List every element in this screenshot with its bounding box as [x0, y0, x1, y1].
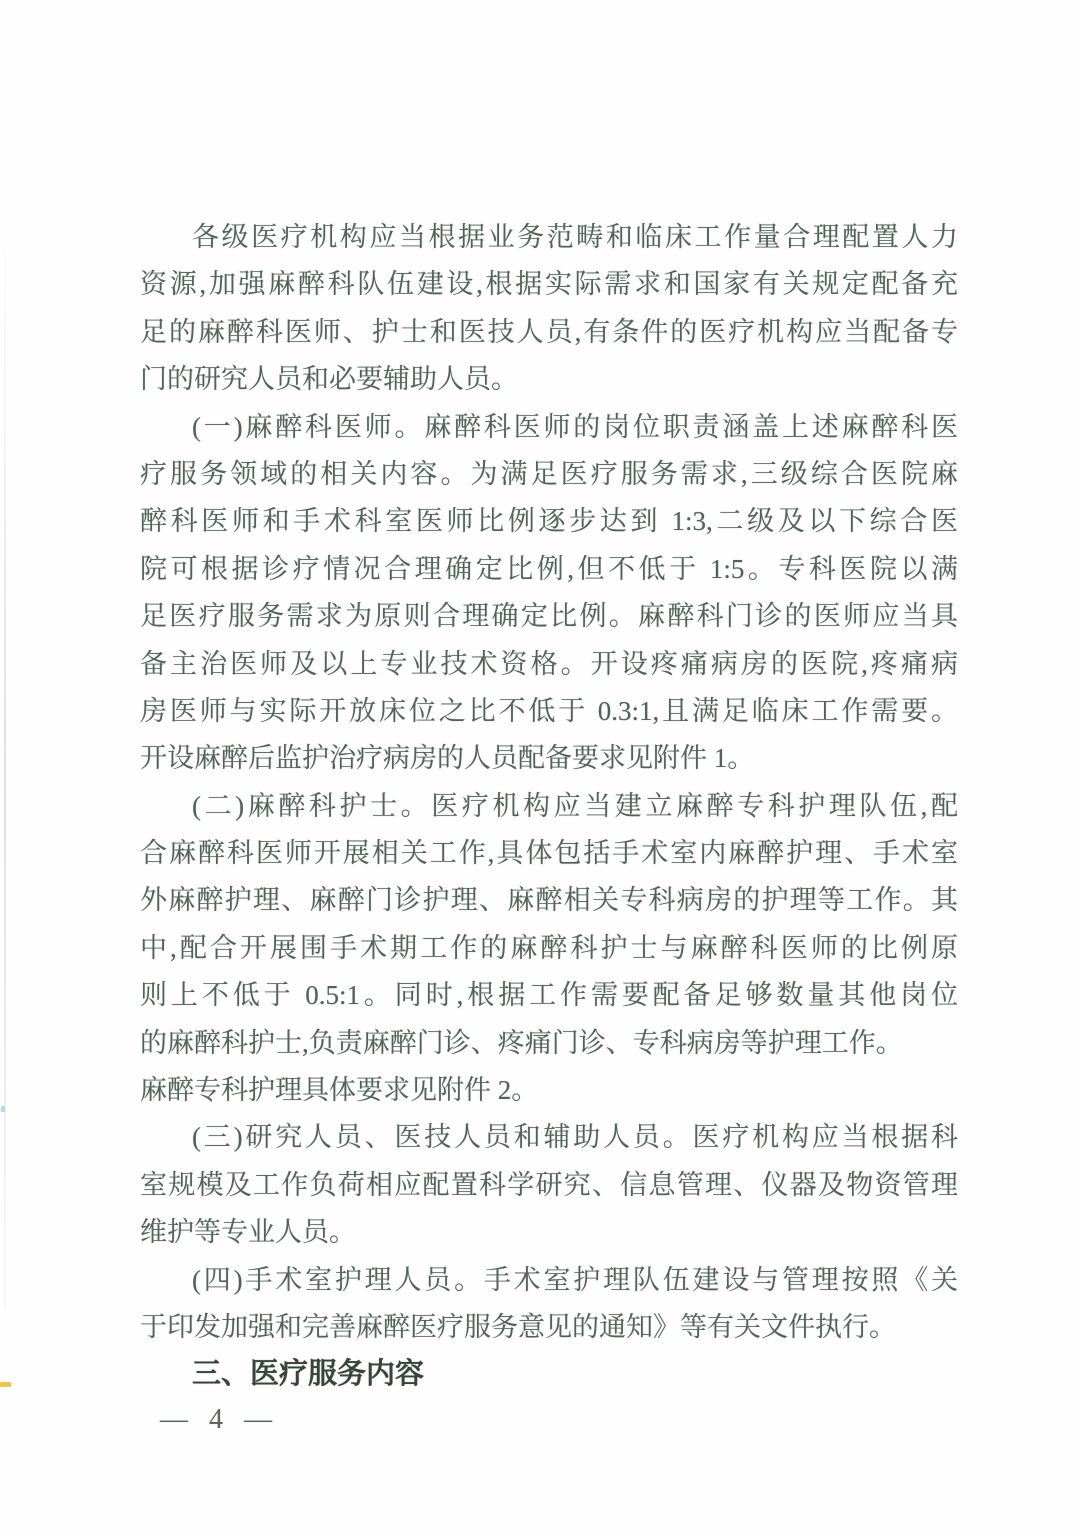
text-line: (三)研究人员、医技人员和辅助人员。医疗机构应当根据科: [140, 1114, 958, 1161]
text-line: 醉科医师和手术科室医师比例逐步达到 1:3,二级及以下综合医: [140, 498, 958, 545]
text-line: 外麻醉护理、麻醉门诊护理、麻醉相关专科病房的护理等工作。其: [140, 877, 958, 924]
text-line: 房医师与实际开放床位之比不低于 0.3:1,且满足临床工作需要。: [140, 688, 958, 735]
scan-cyan-speck-artifact: [1, 1106, 5, 1112]
document-body: 各级医疗机构应当根据业务范畴和临床工作量合理配置人力 资源,加强麻醉科队伍建设,…: [140, 214, 958, 1399]
text-line: 资源,加强麻醉科队伍建设,根据实际需求和国家有关规定配备充: [140, 261, 958, 308]
section-heading: 三、医疗服务内容: [140, 1351, 958, 1398]
text-line: 各级医疗机构应当根据业务范畴和临床工作量合理配置人力: [140, 214, 958, 261]
text-line: 于印发加强和完善麻醉医疗服务意见的通知》等有关文件执行。: [140, 1304, 958, 1351]
text-line: (一)麻醉科医师。麻醉科医师的岗位职责涵盖上述麻醉科医: [140, 404, 958, 451]
scan-yellow-mark-artifact: [0, 1382, 11, 1387]
text-line: 疗服务领域的相关内容。为满足医疗服务需求,三级综合医院麻: [140, 451, 958, 498]
text-line: 足医疗服务需求为原则合理确定比例。麻醉科门诊的医师应当具: [140, 593, 958, 640]
text-line: 室规模及工作负荷相应配置科学研究、信息管理、仪器及物资管理: [140, 1162, 958, 1209]
text-line: 麻醉专科护理具体要求见附件 2。: [140, 1067, 958, 1114]
text-line: 则上不低于 0.5:1。同时,根据工作需要配备足够数量其他岗位: [140, 972, 958, 1019]
text-line: 院可根据诊疗情况合理确定比例,但不低于 1:5。专科医院以满: [140, 546, 958, 593]
text-line: 足的麻醉科医师、护士和医技人员,有条件的医疗机构应当配备专: [140, 309, 958, 356]
text-line: 的麻醉科护士,负责麻醉门诊、疼痛门诊、专科病房等护理工作。: [140, 1020, 958, 1067]
scan-edge-artifact: [4, 228, 6, 1308]
page-number: — 4 —: [160, 1404, 274, 1436]
text-line: 维护等专业人员。: [140, 1209, 958, 1256]
text-line: (四)手术室护理人员。手术室护理队伍建设与管理按照《关: [140, 1257, 958, 1304]
text-line: 中,配合开展围手术期工作的麻醉科护士与麻醉科医师的比例原: [140, 925, 958, 972]
scanned-document-page: 各级医疗机构应当根据业务范畴和临床工作量合理配置人力 资源,加强麻醉科队伍建设,…: [0, 0, 1080, 1536]
text-line: 备主治医师及以上专业技术资格。开设疼痛病房的医院,疼痛病: [140, 641, 958, 688]
text-line: 门的研究人员和必要辅助人员。: [140, 356, 958, 403]
text-line: 开设麻醉后监护治疗病房的人员配备要求见附件 1。: [140, 735, 958, 782]
text-line: 合麻醉科医师开展相关工作,具体包括手术室内麻醉护理、手术室: [140, 830, 958, 877]
text-line: (二)麻醉科护士。医疗机构应当建立麻醉专科护理队伍,配: [140, 783, 958, 830]
